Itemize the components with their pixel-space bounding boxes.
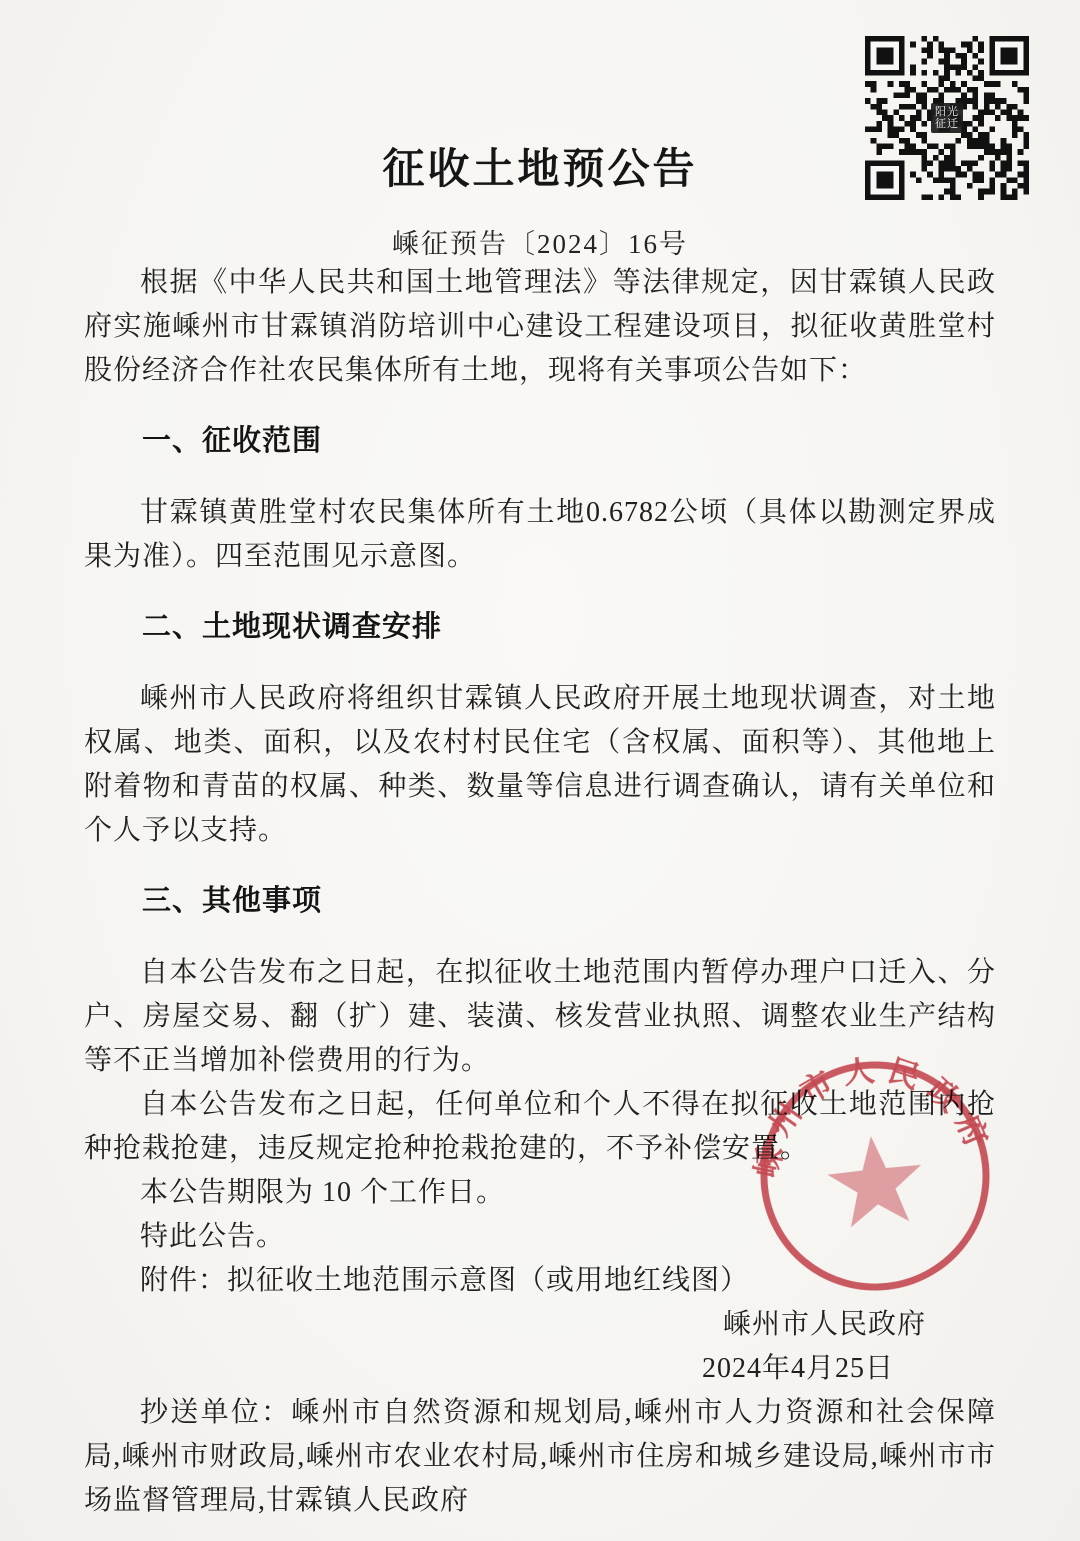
- hereby-announced-line: 特此公告。: [84, 1215, 996, 1259]
- document-body: 根据《中华人民共和国土地管理法》等法律规定，因甘霖镇人民政府实施嵊州市甘霖镇消防…: [0, 261, 1080, 1523]
- document-page: 阳光 征迁 征收土地预公告 嵊征预告〔2024〕16号 根据《中华人民共和国土地…: [0, 0, 1080, 1541]
- notice-period-line: 本公告期限为 10 个工作日。: [84, 1171, 996, 1215]
- cc-paragraph: 抄送单位：嵊州市自然资源和规划局,嵊州市人力资源和社会保障局,嵊州市财政局,嵊州…: [84, 1391, 996, 1523]
- section-heading-3: 三、其他事项: [84, 879, 996, 923]
- qr-label-bottom: 征迁: [935, 118, 959, 130]
- section-2-paragraph: 嵊州市人民政府将组织甘霖镇人民政府开展土地现状调查，对土地权属、地类、面积，以及…: [84, 677, 996, 853]
- section-3-paragraph-2: 自本公告发布之日起，任何单位和个人不得在拟征收土地范围内抢种抢栽抢建，违反规定抢…: [84, 1083, 996, 1171]
- qr-label-top: 阳光: [935, 106, 959, 118]
- section-3-paragraph-1: 自本公告发布之日起，在拟征收土地范围内暂停办理户口迁入、分户、房屋交易、翻（扩）…: [84, 951, 996, 1083]
- signature-issuer: 嵊州市人民政府: [84, 1303, 996, 1347]
- attachment-line: 附件：拟征收土地范围示意图（或用地红线图）: [84, 1259, 996, 1303]
- qr-code: 阳光 征迁: [862, 36, 1032, 200]
- qr-center-label: 阳光 征迁: [931, 103, 963, 133]
- intro-paragraph: 根据《中华人民共和国土地管理法》等法律规定，因甘霖镇人民政府实施嵊州市甘霖镇消防…: [84, 261, 996, 393]
- section-heading-2: 二、土地现状调查安排: [84, 605, 996, 649]
- signature-date: 2024年4月25日: [84, 1347, 996, 1391]
- section-1-paragraph: 甘霖镇黄胜堂村农民集体所有土地0.6782公顷（具体以勘测定界成果为准）。四至范…: [84, 491, 996, 579]
- section-heading-1: 一、征收范围: [84, 419, 996, 463]
- document-number: 嵊征预告〔2024〕16号: [0, 222, 1080, 261]
